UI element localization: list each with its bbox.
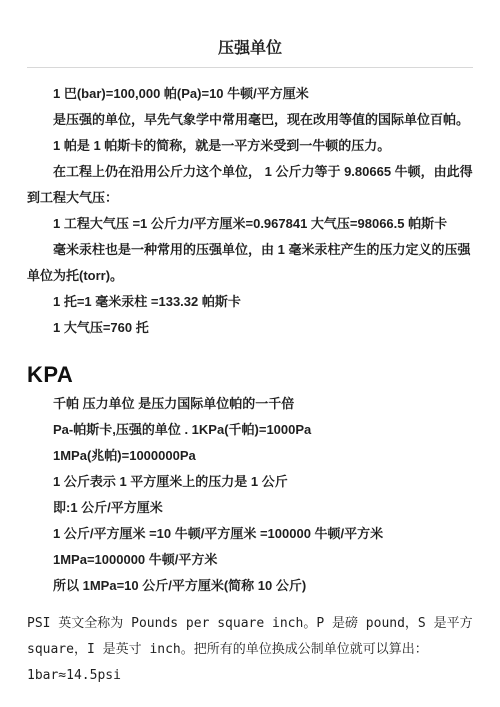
intro-section: 1 巴(bar)=100,000 帕(Pa)=10 牛顿/平方厘米 是压强的单位…: [27, 81, 473, 341]
paragraph: 1 大气压=760 托: [27, 315, 473, 341]
paragraph: 1 工程大气压 =1 公斤力/平方厘米=0.967841 大气压=98066.5…: [27, 211, 473, 237]
paragraph: 1MPa(兆帕)=1000000Pa: [27, 443, 473, 469]
paragraph: 在工程上仍在沿用公斤力这个单位， 1 公斤力等于 9.80665 牛顿，由此得到…: [27, 159, 473, 211]
document-title: 压强单位: [27, 36, 473, 60]
paragraph: 1 公斤/平方厘米 =10 牛顿/平方厘米 =100000 牛顿/平方米: [27, 521, 473, 547]
psi-paragraph: PSI 英文全称为 Pounds per square inch。P 是磅 po…: [27, 611, 473, 689]
document-page: 压强单位 1 巴(bar)=100,000 帕(Pa)=10 牛顿/平方厘米 是…: [0, 0, 500, 707]
paragraph: 是压强的单位，早先气象学中常用毫巴，现在改用等值的国际单位百帕。: [27, 107, 473, 133]
paragraph: 1 帕是 1 帕斯卡的简称，就是一平方米受到一牛顿的压力。: [27, 133, 473, 159]
paragraph: 1MPa=1000000 牛顿/平方米: [27, 547, 473, 573]
kpa-section: 千帕 压力单位 是压力国际单位帕的一千倍 Pa-帕斯卡,压强的单位 . 1KPa…: [27, 391, 473, 599]
paragraph: 即:1 公斤/平方厘米: [27, 495, 473, 521]
paragraph: 所以 1MPa=10 公斤/平方厘米(简称 10 公斤): [27, 573, 473, 599]
title-divider: [27, 67, 473, 68]
paragraph: Pa-帕斯卡,压强的单位 . 1KPa(千帕)=1000Pa: [27, 417, 473, 443]
paragraph: 1 巴(bar)=100,000 帕(Pa)=10 牛顿/平方厘米: [27, 81, 473, 107]
paragraph: 毫米汞柱也是一种常用的压强单位，由 1 毫米汞柱产生的压力定义的压强单位为托(t…: [27, 237, 473, 289]
paragraph: 千帕 压力单位 是压力国际单位帕的一千倍: [27, 391, 473, 417]
paragraph: 1 托=1 毫米汞柱 =133.32 帕斯卡: [27, 289, 473, 315]
kpa-heading: KPA: [27, 361, 473, 389]
paragraph: 1 公斤表示 1 平方厘米上的压力是 1 公斤: [27, 469, 473, 495]
